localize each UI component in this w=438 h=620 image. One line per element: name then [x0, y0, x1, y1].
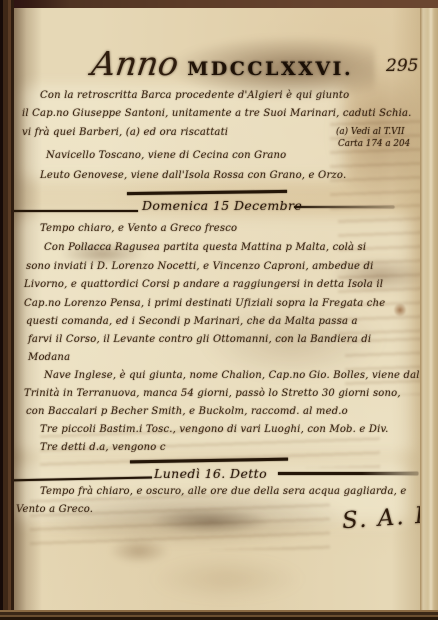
manuscript-line: Tempo frà chiaro, e oscuro, alle ore due… [40, 486, 407, 497]
manuscript-line: il Cap.no Giuseppe Santoni, unitamente a… [22, 108, 412, 119]
page-number: 295 [386, 56, 418, 76]
manuscript-line: Tempo chiaro, e Vento a Greco fresco [40, 223, 237, 234]
manuscript-line: Con Pollacca Ragusea partita questa Matt… [44, 242, 366, 253]
manuscript-line: Trinità in Terranuova, manca 54 giorni, … [24, 388, 401, 399]
manuscript-line: Nave Inglese, è qui giunta, nome Chalion… [44, 370, 429, 381]
rule-line [294, 206, 394, 208]
section-heading-monday: Lunedì 16. Detto [154, 466, 267, 481]
book-spine [0, 0, 14, 620]
manuscript-line: Tre detti d.a, vengono c [40, 442, 166, 453]
year-heading-numerals: MDCCLXXVI. [187, 58, 353, 80]
manuscript-line: Modana [28, 352, 70, 363]
manuscript-line: Cap.no Lorenzo Pensa, i primi destinati … [24, 298, 385, 309]
manuscript-line: Con la retroscritta Barca procedente d'A… [40, 90, 349, 101]
manuscript-line: sono inviati i D. Lorenzo Nocetti, e Vin… [26, 261, 374, 272]
book-top-edge [0, 0, 438, 8]
manuscript-line: Vento a Greco. [16, 504, 93, 515]
section-heading-sunday: Domenica 15 Decembre [142, 198, 302, 213]
manuscript-book-photo: Anno MDCCLXXVI. 295 Con la retroscritta … [0, 0, 438, 620]
rule-line [8, 210, 138, 212]
manuscript-line: Livorno, e quattordici Corsi p andare a … [24, 279, 383, 290]
manuscript-line: Leuto Genovese, viene dall'Isola Rossa c… [40, 170, 346, 181]
manuscript-line: Tre piccoli Bastim.i Tosc., vengono di v… [40, 424, 389, 435]
manuscript-line: con Baccalari p Becher Smith, e Buckolm,… [26, 406, 348, 417]
book-bottom-edge [0, 610, 438, 620]
year-heading: Anno MDCCLXXVI. [92, 44, 353, 83]
rule-line [278, 472, 418, 475]
margin-note-line: Carta 174 a 204 [338, 139, 410, 149]
fore-edge-pages [420, 6, 438, 612]
year-heading-script: Anno [89, 44, 181, 83]
margin-note-line: (a) Vedi al T.VII [336, 127, 404, 137]
manuscript-line: questi comanda, ed i Secondi p Marinari,… [26, 316, 358, 327]
manuscript-line: farvi il Corso, il Levante contro gli Ot… [28, 334, 371, 345]
manuscript-line: Navicello Toscano, viene di Cecina con G… [46, 150, 286, 161]
manuscript-line: vi frà quei Barberi, (a) ed ora riscatta… [22, 127, 228, 138]
